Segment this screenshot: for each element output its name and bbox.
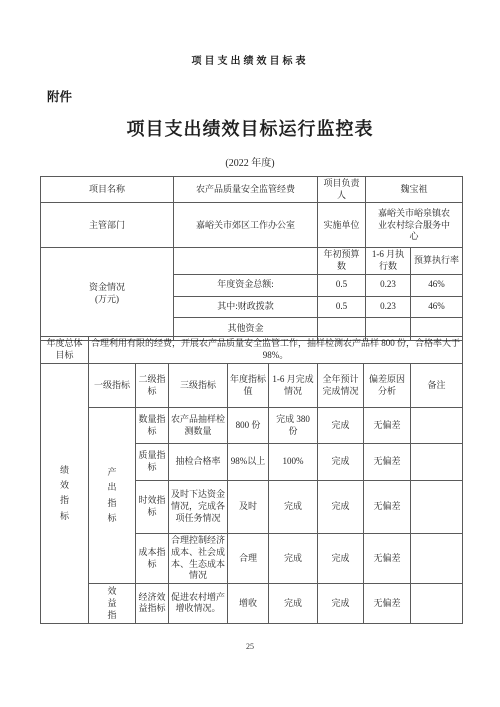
row1-forecast: 完成 [318,408,364,444]
header-deviation-analysis: 偏差原因分析 [364,364,411,408]
department-label: 主管部门 [41,203,174,248]
row1-deviation: 无偏差 [364,408,411,444]
funds-total-initial: 0.5 [318,274,366,296]
year-subtitle: (2022 年度) [0,154,500,169]
header-level1-indicator: 一级指标 [89,364,136,408]
table-row: 产出指标 数量指标 农产品抽样检测数量 800 份 完成 380 份 完成 无偏… [41,408,463,444]
row5-forecast: 完成 [318,584,364,624]
document-header-title: 项目支出绩效目标表 [0,52,500,67]
funds-row-fiscal-label: 其中:财政拨款 [174,296,318,317]
row3-level2: 时效指标 [136,481,169,534]
funds-header-initial-budget: 年初预算数 [318,248,366,274]
row5-level3: 促进农村增产增收情况。 [169,584,228,624]
funds-total-executed: 0.23 [366,274,411,296]
row4-progress: 完成 [269,534,318,584]
row2-deviation: 无偏差 [364,444,411,481]
funds-header-execution-rate: 预算执行率 [411,248,463,274]
performance-indicators-table: 年度总体目标 合理利用有限的经费，开展农产品质量安全监管工作，抽样检测农产品样 … [40,336,463,624]
empty-cell [174,248,318,274]
row2-note [411,444,463,481]
annual-goal-label: 年度总体目标 [41,337,89,364]
row4-note [411,534,463,584]
row4-forecast: 完成 [318,534,364,584]
row4-level3: 合理控制经济成本、社会成本、生态成本情况 [169,534,228,584]
row5-level2: 经济效益指标 [136,584,169,624]
row2-level2: 质量指标 [136,444,169,481]
row4-target: 合理 [228,534,269,584]
row3-note [411,481,463,534]
row4-level2: 成本指标 [136,534,169,584]
row1-level3: 农产品抽样检测数量 [169,408,228,444]
department-value: 嘉峪关市郊区工作办公室 [174,203,318,248]
group-output-indicators: 产出指标 [89,408,136,584]
row2-level3: 抽检合格率 [169,444,228,481]
funds-fiscal-initial: 0.5 [318,296,366,317]
group-benefit-indicators: 效益指 [89,584,136,624]
group-benefit-indicators-text: 效益指 [108,585,117,621]
row4-deviation: 无偏差 [364,534,411,584]
funds-section-label: 资金情况 (万元) [41,248,174,340]
annual-goal-text: 合理利用有限的经费，开展农产品质量安全监管工作，抽样检测农产品样 800 份，合… [89,337,463,364]
row3-target: 及时 [228,481,269,534]
row2-forecast: 完成 [318,444,364,481]
header-level2-indicator: 二级指标 [136,364,169,408]
performance-section-label: 绩效指标 [41,364,89,624]
header-forecast: 全年预计完成情况 [318,364,364,408]
row5-target: 增收 [228,584,269,624]
row2-target: 98%以上 [228,444,269,481]
header-annual-target: 年度指标值 [228,364,269,408]
row3-forecast: 完成 [318,481,364,534]
row3-progress: 完成 [269,481,318,534]
header-level3-indicator: 三级指标 [169,364,228,408]
row5-deviation: 无偏差 [364,584,411,624]
implementing-unit-label: 实施单位 [318,203,366,248]
project-leader-label: 项目负责人 [318,177,366,203]
project-name-label: 项目名称 [41,177,174,203]
row1-note [411,408,463,444]
table-row: 资金情况 (万元) 年初预算数 1-6 月执行数 预算执行率 [41,248,463,274]
project-leader-value: 魏宝祖 [366,177,463,203]
table-row: 年度总体目标 合理利用有限的经费，开展农产品质量安全监管工作，抽样检测农产品样 … [41,337,463,364]
table-row: 效益指 经济效益指标 促进农村增产增收情况。 增收 完成 完成 无偏差 [41,584,463,624]
table-row: 绩效指标 一级指标 二级指标 三级指标 年度指标值 1-6 月完成情况 全年预计… [41,364,463,408]
document-page: 项目支出绩效目标表 附件 项目支出绩效目标运行监控表 (2022 年度) 项目名… [0,0,500,707]
row1-level2: 数量指标 [136,408,169,444]
row5-note [411,584,463,624]
implementing-unit-value: 嘉峪关市峪泉镇农业农村综合服务中心 [366,203,463,248]
table-row: 主管部门 嘉峪关市郊区工作办公室 实施单位 嘉峪关市峪泉镇农业农村综合服务中心 [41,203,463,248]
row2-progress: 100% [269,444,318,481]
page-number: 25 [0,642,500,651]
attachment-label: 附件 [47,87,72,105]
row5-progress: 完成 [269,584,318,624]
row1-progress: 完成 380 份 [269,408,318,444]
funds-row-total-label: 年度资金总额: [174,274,318,296]
performance-section-label-text: 绩效指标 [60,463,69,524]
row1-target: 800 份 [228,408,269,444]
funds-fiscal-executed: 0.23 [366,296,411,317]
header-note: 备注 [411,364,463,408]
funds-fiscal-rate: 46% [411,296,463,317]
group-output-indicators-text: 产出指标 [108,465,117,526]
project-name-value: 农产品质量安全监管经费 [174,177,318,203]
funds-header-executed: 1-6 月执行数 [366,248,411,274]
row3-deviation: 无偏差 [364,481,411,534]
table-row: 项目名称 农产品质量安全监管经费 项目负责人 魏宝祖 [41,177,463,203]
page-title: 项目支出绩效目标运行监控表 [0,115,500,141]
row3-level3: 及时下达资金情况，完成各项任务情况 [169,481,228,534]
project-info-table: 项目名称 农产品质量安全监管经费 项目负责人 魏宝祖 主管部门 嘉峪关市郊区工作… [40,176,463,341]
header-progress: 1-6 月完成情况 [269,364,318,408]
funds-total-rate: 46% [411,274,463,296]
